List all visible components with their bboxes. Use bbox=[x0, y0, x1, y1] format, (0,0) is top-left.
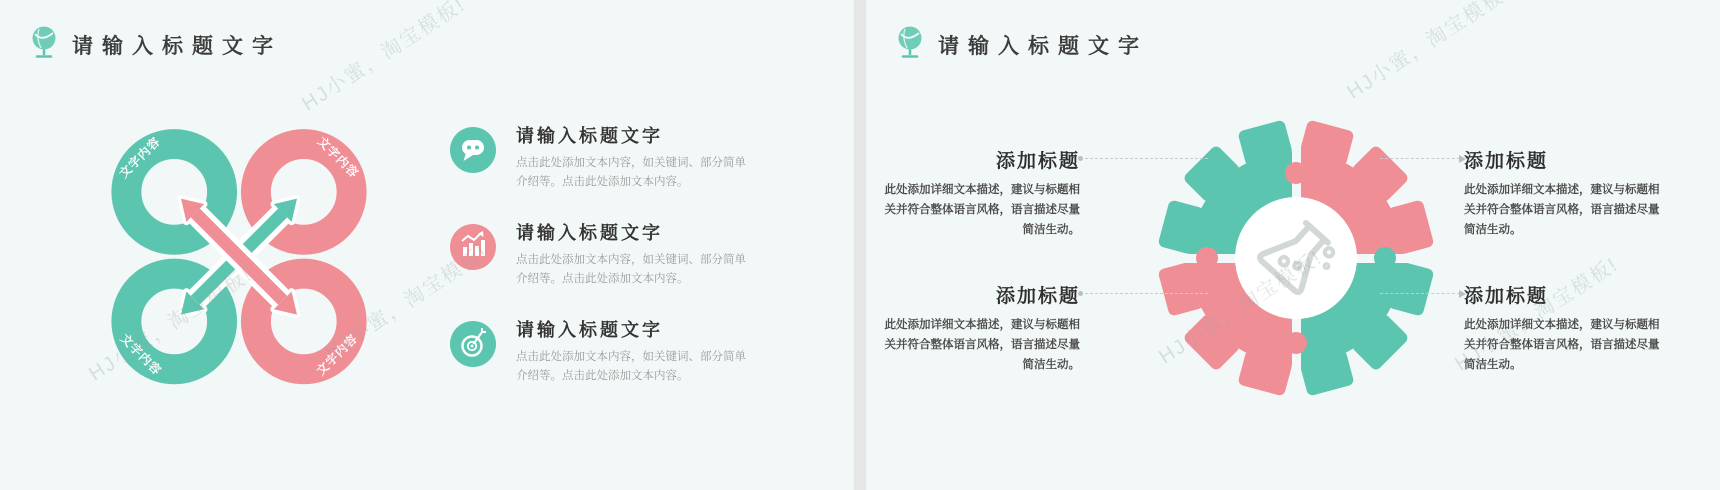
leader-line bbox=[1080, 158, 1208, 159]
item-title: 请输入标题文字 bbox=[516, 122, 780, 148]
item-text: 点击此处添加文本内容，如关键词、部分简单介绍等。点击此处添加文本内容。 bbox=[516, 251, 754, 289]
label-block-bottom-right: 添加标题 此处添加详细文本描述，建议与标题相关并符合整体语言风格，语言描述尽量简… bbox=[1464, 281, 1670, 375]
slide-right-header: 请输入标题文字 bbox=[894, 24, 1148, 65]
puzzle-knob bbox=[1285, 162, 1307, 184]
slide-right: 请输入标题文字 bbox=[866, 0, 1720, 490]
flask-icon bbox=[1250, 210, 1342, 307]
gear-center-circle bbox=[1235, 197, 1357, 319]
label-block-top-left: 添加标题 此处添加详细文本描述，建议与标题相关并符合整体语言风格，语言描述尽量简… bbox=[874, 146, 1080, 240]
label-text: 此处添加详细文本描述，建议与标题相关并符合整体语言风格，语言描述尽量简洁生动。 bbox=[874, 315, 1080, 375]
label-text: 此处添加详细文本描述，建议与标题相关并符合整体语言风格，语言描述尽量简洁生动。 bbox=[1464, 315, 1670, 375]
globe-icon bbox=[28, 24, 60, 65]
item-title: 请输入标题文字 bbox=[516, 219, 780, 245]
leader-line bbox=[1080, 293, 1208, 294]
puzzle-knob bbox=[1196, 247, 1218, 269]
list-item: 请输入标题文字 点击此处添加文本内容，如关键词、部分简单介绍等。点击此处添加文本… bbox=[450, 219, 780, 289]
slide-left: 请输入标题文字 文字内容 文字内容 文字内容 文字内容 bbox=[0, 0, 854, 490]
chat-bubble-icon bbox=[450, 127, 496, 173]
item-title: 请输入标题文字 bbox=[516, 316, 780, 342]
list-item: 请输入标题文字 点击此处添加文本内容，如关键词、部分简单介绍等。点击此处添加文本… bbox=[450, 316, 780, 386]
puzzle-knob bbox=[1374, 247, 1396, 269]
gear-puzzle-diagram bbox=[1160, 122, 1432, 394]
label-text: 此处添加详细文本描述，建议与标题相关并符合整体语言风格，语言描述尽量简洁生动。 bbox=[1464, 180, 1670, 240]
slide-left-header: 请输入标题文字 bbox=[28, 24, 282, 65]
globe-icon bbox=[894, 24, 926, 65]
item-text: 点击此处添加文本内容，如关键词、部分简单介绍等。点击此处添加文本内容。 bbox=[516, 348, 754, 386]
label-block-bottom-left: 添加标题 此处添加详细文本描述，建议与标题相关并符合整体语言风格，语言描述尽量简… bbox=[874, 281, 1080, 375]
item-text: 点击此处添加文本内容，如关键词、部分简单介绍等。点击此处添加文本内容。 bbox=[516, 154, 754, 192]
label-title: 添加标题 bbox=[1464, 146, 1670, 173]
slides-preview-page: 请输入标题文字 文字内容 文字内容 文字内容 文字内容 bbox=[0, 0, 1720, 490]
label-title: 添加标题 bbox=[874, 281, 1080, 308]
list-item: 请输入标题文字 点击此处添加文本内容，如关键词、部分简单介绍等。点击此处添加文本… bbox=[450, 122, 780, 192]
label-title: 添加标题 bbox=[874, 146, 1080, 173]
leader-line bbox=[1380, 158, 1460, 159]
puzzle-knob bbox=[1285, 332, 1307, 354]
slide-right-title: 请输入标题文字 bbox=[938, 30, 1148, 60]
label-block-top-right: 添加标题 此处添加详细文本描述，建议与标题相关并符合整体语言风格，语言描述尽量简… bbox=[1464, 146, 1670, 240]
label-title: 添加标题 bbox=[1464, 281, 1670, 308]
clover-exchange-diagram: 文字内容 文字内容 文字内容 文字内容 bbox=[94, 102, 384, 397]
slide-left-title: 请输入标题文字 bbox=[72, 30, 282, 60]
target-icon bbox=[450, 321, 496, 367]
leader-line bbox=[1380, 293, 1460, 294]
label-text: 此处添加详细文本描述，建议与标题相关并符合整体语言风格，语言描述尽量简洁生动。 bbox=[874, 180, 1080, 240]
bar-chart-icon bbox=[450, 224, 496, 270]
